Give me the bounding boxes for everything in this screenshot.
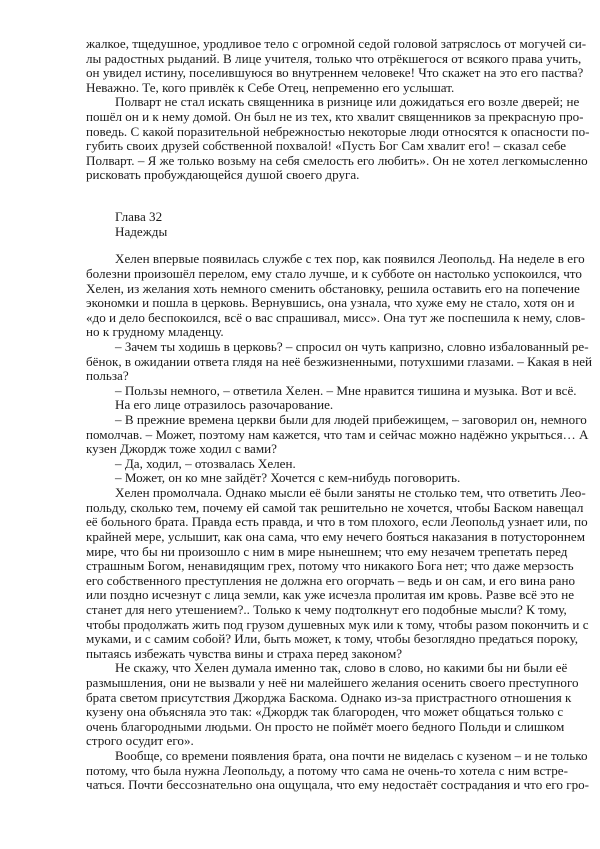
paragraph: Хелен промолчала. Однако мысли её были з…	[86, 486, 538, 661]
text-line: – Да, ходил, – отозвалась Хелен.	[86, 457, 538, 472]
text-line: Полварт. – Я же только возьму на себя см…	[86, 154, 538, 169]
text-line: крайней мере, услышит, как она сама, что…	[86, 530, 538, 545]
document-page: жалкое, тщедушное, уродливое тело с огро…	[86, 37, 538, 793]
text-line: Хелен впервые появилась службе с тех пор…	[86, 252, 538, 267]
text-line: – Пользы немного, – ответила Хелен. – Мн…	[86, 384, 538, 399]
section-gap	[86, 183, 538, 210]
text-line: экономки и пошла в церковь. Вернувшись, …	[86, 296, 538, 311]
text-line: муками, и с самим собой? Или, быть может…	[86, 632, 538, 647]
text-line: «до и дело беспокоился, всё о вас спраши…	[86, 311, 538, 326]
text-line: – В прежние времена церкви были для люде…	[86, 413, 538, 428]
paragraph: – В прежние времена церкви были для люде…	[86, 413, 538, 457]
text-line: мире, что бы ни произошло с ним в мире н…	[86, 545, 538, 560]
paragraph: Хелен впервые появилась службе с тех пор…	[86, 252, 538, 340]
paragraph: – Пользы немного, – ответила Хелен. – Мн…	[86, 384, 538, 399]
text-line: На его лице отразилось разочарование.	[86, 398, 538, 413]
text-line: но к грудному младенцу.	[86, 325, 538, 340]
text-line: чаться. Почти бессознательно она ощущала…	[86, 778, 538, 793]
text-line: её больного брата. Правда есть правда, и…	[86, 515, 538, 530]
text-line: пытаясь избежать чувства вины и страха п…	[86, 647, 538, 662]
text-line: помолчав. – Может, поэтому нам кажется, …	[86, 428, 538, 443]
text-line: польду, сколько тем, почему ей самой так…	[86, 501, 538, 516]
text-line: губить своих друзей собственной похвалой…	[86, 139, 538, 154]
paragraph: Не скажу, что Хелен думала именно так, с…	[86, 661, 538, 749]
text-line: Неважно. Те, кого привлёк к Себе Отец, н…	[86, 81, 538, 96]
paragraph: Полварт не стал искать священника в ризн…	[86, 95, 538, 183]
text-line: страшным Богом, ненавидящим грех, потому…	[86, 559, 538, 574]
text-line: брата светом присутствия Джорджа Баскома…	[86, 691, 538, 706]
text-line: Хелен, из желания хоть немного сменить о…	[86, 282, 538, 297]
text-line: бёнок, в ожидании ответа глядя на неё бе…	[86, 355, 538, 370]
text-line: станет для него утешением?.. Только к че…	[86, 603, 538, 618]
text-line: его собственного преступления не должна …	[86, 574, 538, 589]
text-line: Вообще, со времени появления брата, она …	[86, 749, 538, 764]
text-line: очень благородными людьми. Он просто не …	[86, 720, 538, 735]
text-line: пошёл он и к нему домой. Он был не из те…	[86, 110, 538, 125]
text-line: он увидел истину, поселившуюся во внутре…	[86, 66, 538, 81]
text-line: строго осудит его».	[86, 734, 538, 749]
text-line: болезни произошёл перелом, ему стало луч…	[86, 267, 538, 282]
paragraph: – Может, он ко мне зайдёт? Хочется с кем…	[86, 471, 538, 486]
text-line: потому, что была нужна Леопольду, а пото…	[86, 764, 538, 779]
paragraph: Вообще, со времени появления брата, она …	[86, 749, 538, 793]
text-line: поведь. С какой поразительной небрежност…	[86, 125, 538, 140]
text-line: Не скажу, что Хелен думала именно так, с…	[86, 661, 538, 676]
paragraph: – Да, ходил, – отозвалась Хелен.	[86, 457, 538, 472]
preceding-chapter-text: жалкое, тщедушное, уродливое тело с огро…	[86, 37, 538, 183]
chapter-title: Надежды	[86, 225, 538, 240]
text-line: лы радостных рыданий. В лице учителя, то…	[86, 52, 538, 67]
paragraph: жалкое, тщедушное, уродливое тело с огро…	[86, 37, 538, 95]
chapter-number: Глава 32	[86, 210, 538, 225]
text-line: чтобы продолжать жить под грузом душевны…	[86, 618, 538, 633]
text-line: или поздно исчезнут с лица земли, как уж…	[86, 588, 538, 603]
text-line: рисковать пробуждающейся душой своего др…	[86, 168, 538, 183]
text-line: кузен Джордж тоже ходил с вами?	[86, 442, 538, 457]
paragraph: – Зачем ты ходишь в церковь? – спросил о…	[86, 340, 538, 384]
text-line: – Может, он ко мне зайдёт? Хочется с кем…	[86, 471, 538, 486]
text-line: жалкое, тщедушное, уродливое тело с огро…	[86, 37, 538, 52]
text-line: польза?	[86, 369, 538, 384]
chapter-body: Хелен впервые появилась службе с тех пор…	[86, 252, 538, 793]
text-line: – Зачем ты ходишь в церковь? – спросил о…	[86, 340, 538, 355]
paragraph: На его лице отразилось разочарование.	[86, 398, 538, 413]
text-line: Полварт не стал искать священника в ризн…	[86, 95, 538, 110]
text-line: размышления, они не вызвали у неё ни мал…	[86, 676, 538, 691]
text-line: Хелен промолчала. Однако мысли её были з…	[86, 486, 538, 501]
text-line: кузену она объясняла это так: «Джордж та…	[86, 705, 538, 720]
